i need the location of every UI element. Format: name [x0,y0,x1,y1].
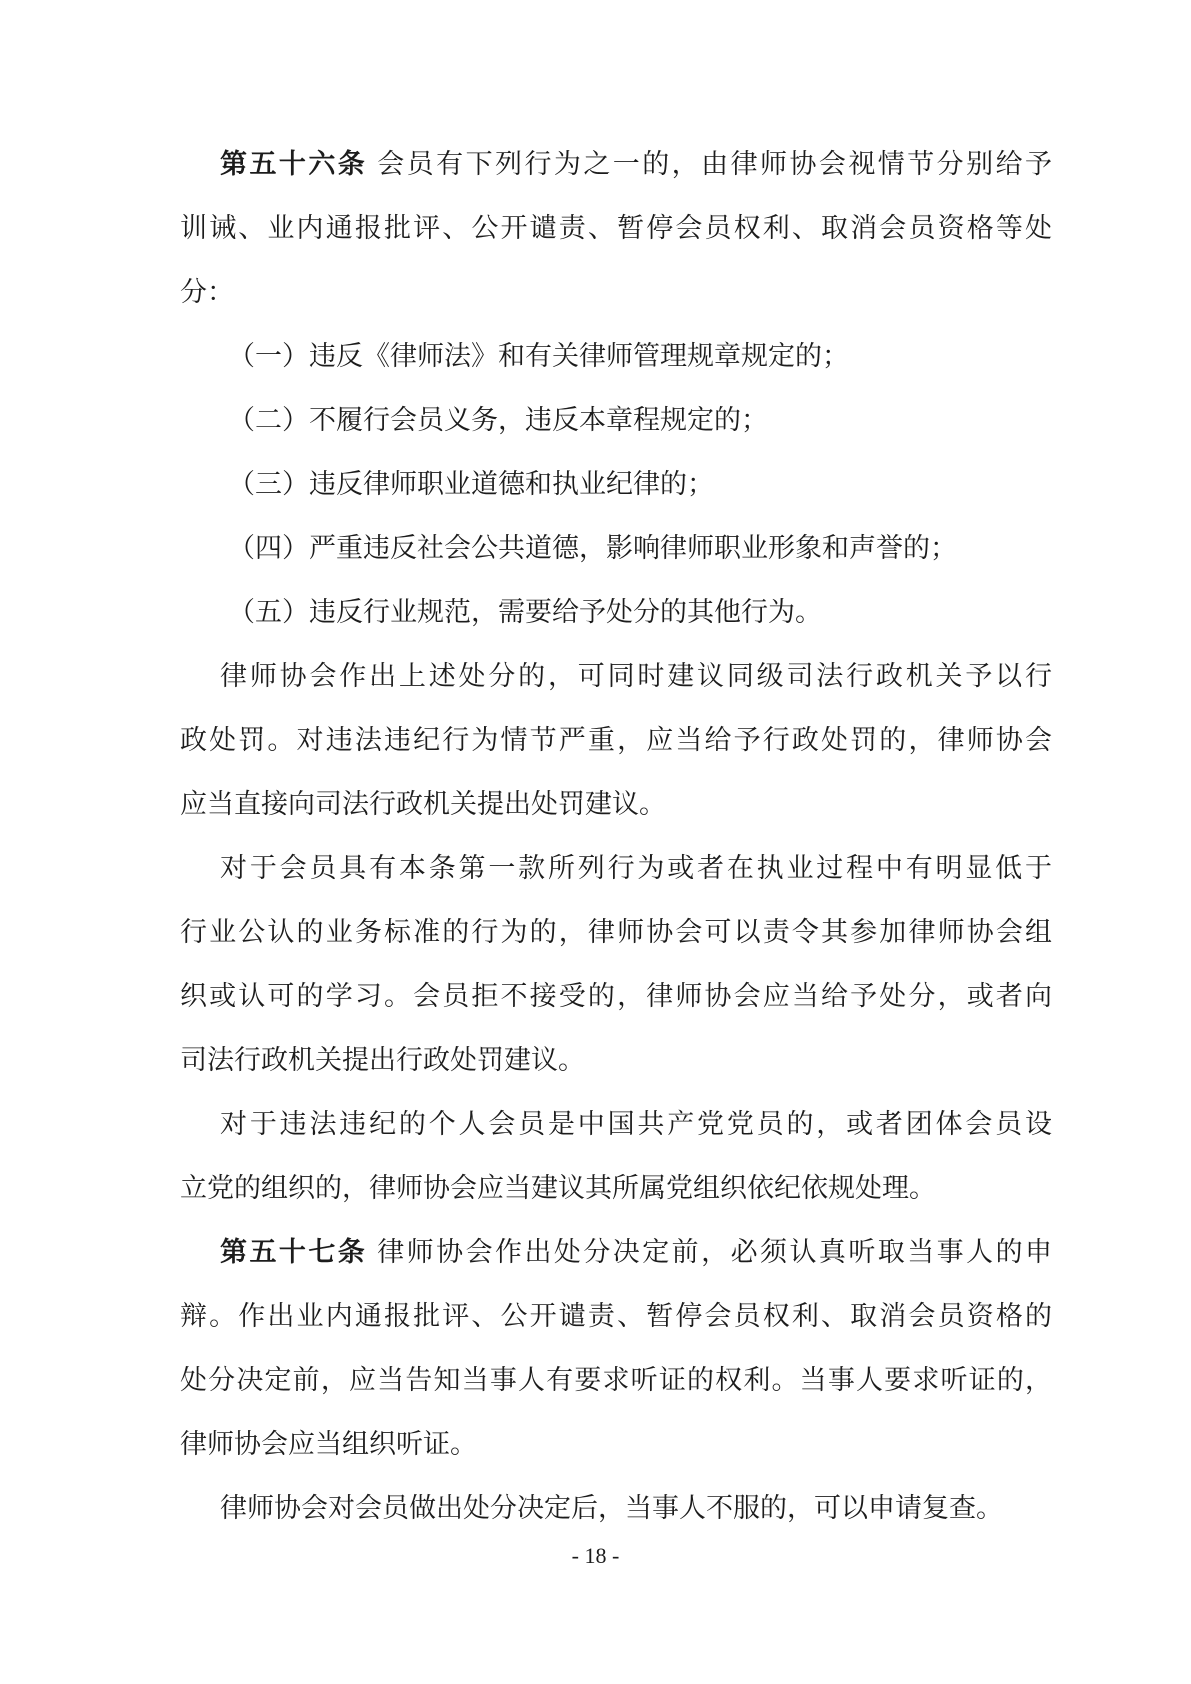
paragraph-line: 对于会员具有本条第一款所列行为或者在执业过程中有明显低于 [180,836,1052,900]
paragraph-line: 立党的组织的，律师协会应当建议其所属党组织依纪依规处理。 [180,1156,1052,1220]
paragraph-line: 对于违法违纪的个人会员是中国共产党党员的，或者团体会员设 [180,1092,1052,1156]
paragraph-line: 第五十六条会员有下列行为之一的，由律师协会视情节分别给予 [180,132,1052,196]
list-item-line: （二）不履行会员义务，违反本章程规定的； [180,388,1052,452]
paragraph-line: 司法行政机关提出行政处罚建议。 [180,1028,1052,1092]
paragraph-line: 分： [180,260,1052,324]
paragraph-line: 辩。作出业内通报批评、公开谴责、暂停会员权利、取消会员资格的 [180,1284,1052,1348]
paragraph-line: 应当直接向司法行政机关提出处罚建议。 [180,772,1052,836]
list-item-line: （三）违反律师职业道德和执业纪律的； [180,452,1052,516]
paragraph-line: 律师协会应当组织听证。 [180,1412,1052,1476]
paragraph-line: 第五十七条律师协会作出处分决定前，必须认真听取当事人的申 [180,1220,1052,1284]
list-item-line: （四）严重违反社会公共道德，影响律师职业形象和声誉的； [180,516,1052,580]
paragraph-line: 训诫、业内通报批评、公开谴责、暂停会员权利、取消会员资格等处 [180,196,1052,260]
paragraph-line: 律师协会对会员做出处分决定后，当事人不服的，可以申请复查。 [180,1476,1052,1540]
list-item-line: （五）违反行业规范，需要给予处分的其他行为。 [180,580,1052,644]
document-body: 第五十六条会员有下列行为之一的，由律师协会视情节分别给予训诫、业内通报批评、公开… [180,132,1052,1540]
list-item-line: （一）违反《律师法》和有关律师管理规章规定的； [180,324,1052,388]
paragraph-line: 织或认可的学习。会员拒不接受的，律师协会应当给予处分，或者向 [180,964,1052,1028]
paragraph-line: 行业公认的业务标准的行为的，律师协会可以责令其参加律师协会组 [180,900,1052,964]
paragraph-line: 处分决定前，应当告知当事人有要求听证的权利。当事人要求听证的， [180,1348,1052,1412]
article-number: 第五十七条 [220,1237,367,1267]
article-number: 第五十六条 [220,149,367,179]
document-page: 第五十六条会员有下列行为之一的，由律师协会视情节分别给予训诫、业内通报批评、公开… [0,0,1191,1684]
paragraph-line: 律师协会作出上述处分的，可同时建议同级司法行政机关予以行 [180,644,1052,708]
page-number: - 18 - [0,1538,1191,1574]
paragraph-line: 政处罚。对违法违纪行为情节严重，应当给予行政处罚的，律师协会 [180,708,1052,772]
